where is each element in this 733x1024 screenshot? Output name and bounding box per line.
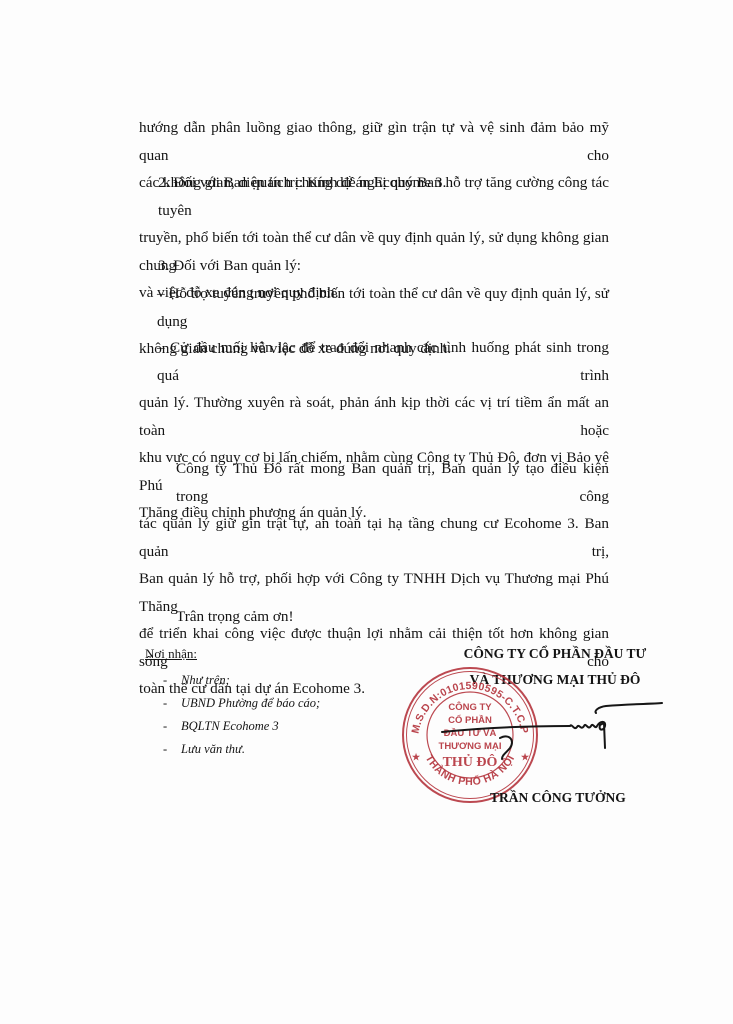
paragraph-item-3: 3. Đối với Ban quản lý: bbox=[139, 252, 609, 280]
text-line: – Cử đầu mối liên lạc để trao đổi nhanh … bbox=[139, 334, 609, 389]
recipients-block: Nơi nhận: -Như trên; -UBND Phường để báo… bbox=[145, 646, 320, 761]
recipient-item: -BQLTN Ecohome 3 bbox=[145, 715, 320, 738]
text-line: hướng dẫn phân luồng giao thông, giữ gìn… bbox=[139, 114, 609, 169]
bullet: - bbox=[163, 692, 167, 715]
text-line: – Hỗ trợ tuyên truyền phổ biến tới toàn … bbox=[139, 280, 609, 335]
text-line: tác quản lý giữ gìn trật tự, an toàn tại… bbox=[139, 510, 609, 565]
text-line: Trân trọng cảm ơn! bbox=[139, 603, 609, 631]
text-line: Công ty Thủ Đô rất mong Ban quản trị, Ba… bbox=[139, 455, 609, 510]
recipient-item: -Như trên; bbox=[145, 669, 320, 692]
text-line: quản lý. Thường xuyên rà soát, phản ánh … bbox=[139, 389, 609, 444]
signature-icon bbox=[440, 693, 670, 763]
text-line: 2. Đối với Ban quản trị: Kính đề nghị qu… bbox=[139, 169, 609, 224]
bullet: - bbox=[163, 738, 167, 761]
bullet: - bbox=[163, 715, 167, 738]
company-line-1: CÔNG TY CỔ PHẦN ĐẦU TƯ bbox=[460, 641, 650, 667]
recipient-item: -Lưu văn thư. bbox=[145, 738, 320, 761]
text-line: 3. Đối với Ban quản lý: bbox=[139, 252, 609, 280]
svg-text:★: ★ bbox=[412, 752, 421, 762]
signer-name: TRẦN CÔNG TƯỞNG bbox=[490, 790, 626, 806]
paragraph-thanks: Trân trọng cảm ơn! bbox=[139, 603, 609, 631]
recipient-item: -UBND Phường để báo cáo; bbox=[145, 692, 320, 715]
bullet: - bbox=[163, 669, 167, 692]
recipients-title: Nơi nhận: bbox=[145, 646, 320, 662]
document-page: hướng dẫn phân luồng giao thông, giữ gìn… bbox=[0, 0, 733, 1024]
